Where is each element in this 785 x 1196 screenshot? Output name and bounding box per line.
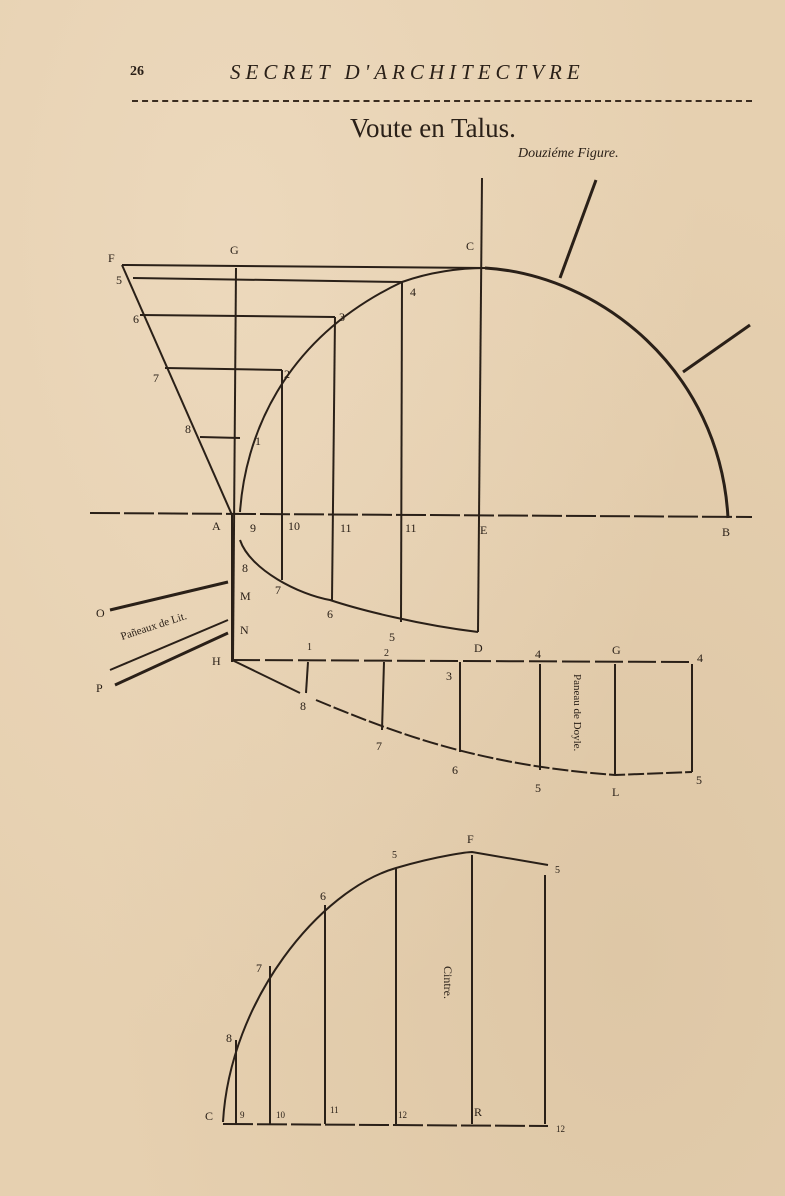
label-d1: 1 xyxy=(307,642,312,653)
label-8: 8 xyxy=(185,422,191,436)
label-lower-6: 6 xyxy=(327,607,333,621)
label-F: F xyxy=(108,251,115,265)
label-lower-7: 7 xyxy=(275,583,281,597)
label-9: 9 xyxy=(250,521,256,535)
label-11b: 11 xyxy=(405,521,417,535)
label-d4b: 4 xyxy=(697,651,703,665)
label-5: 5 xyxy=(116,273,122,287)
label-c11: 11 xyxy=(330,1105,339,1115)
label-E: E xyxy=(480,523,487,537)
label-G: G xyxy=(230,243,239,257)
label-6: 6 xyxy=(133,312,139,326)
label-M: M xyxy=(240,589,251,603)
label-d7: 7 xyxy=(376,739,382,753)
label-R: R xyxy=(474,1105,482,1119)
label-c12: 12 xyxy=(398,1110,407,1120)
label-cintre-F: F xyxy=(467,832,474,846)
label-P: P xyxy=(96,681,103,695)
label-L: L xyxy=(612,785,619,799)
label-d2: 2 xyxy=(384,648,389,659)
label-d4: 4 xyxy=(535,647,541,661)
label-B: B xyxy=(722,525,730,539)
label-c9: 9 xyxy=(240,1110,245,1120)
label-cintre: Cintre. xyxy=(441,966,455,999)
label-11a: 11 xyxy=(340,521,352,535)
label-C: C xyxy=(466,239,474,253)
label-cintre-C: C xyxy=(205,1109,213,1123)
label-d6: 6 xyxy=(452,763,458,777)
label-3: 3 xyxy=(339,310,345,324)
label-c12b: 12 xyxy=(556,1124,565,1134)
label-c6: 6 xyxy=(320,889,326,903)
label-G2: G xyxy=(612,643,621,657)
label-2: 2 xyxy=(284,367,290,381)
book-page: 26 SECRET D'ARCHITECTVRE Voute en Talus.… xyxy=(0,0,785,1196)
label-paneau-de-doele: Paneau de Doyle. xyxy=(571,674,583,752)
label-4: 4 xyxy=(410,285,416,299)
label-d3: 3 xyxy=(446,669,452,683)
label-7: 7 xyxy=(153,371,159,385)
label-10: 10 xyxy=(288,519,300,533)
label-c5b: 5 xyxy=(555,865,560,876)
label-d5: 5 xyxy=(535,781,541,795)
label-O: O xyxy=(96,606,105,620)
label-1: 1 xyxy=(255,434,261,448)
label-H: H xyxy=(212,654,221,668)
label-N: N xyxy=(240,623,249,637)
label-A: A xyxy=(212,519,221,533)
label-d5b: 5 xyxy=(696,773,702,787)
label-c10: 10 xyxy=(276,1110,286,1120)
label-c7: 7 xyxy=(256,961,262,975)
label-c8: 8 xyxy=(226,1031,232,1045)
label-d8: 8 xyxy=(300,699,306,713)
label-D: D xyxy=(474,641,483,655)
label-lower-8: 8 xyxy=(242,561,248,575)
label-lower-5: 5 xyxy=(389,630,395,644)
label-c5: 5 xyxy=(392,850,397,861)
label-paneaux-de-lit: Pañeaux de Lit. xyxy=(119,610,188,643)
geometric-diagram: F G C 5 6 7 8 1 2 3 4 A 9 10 11 11 E B 8… xyxy=(0,0,785,1196)
